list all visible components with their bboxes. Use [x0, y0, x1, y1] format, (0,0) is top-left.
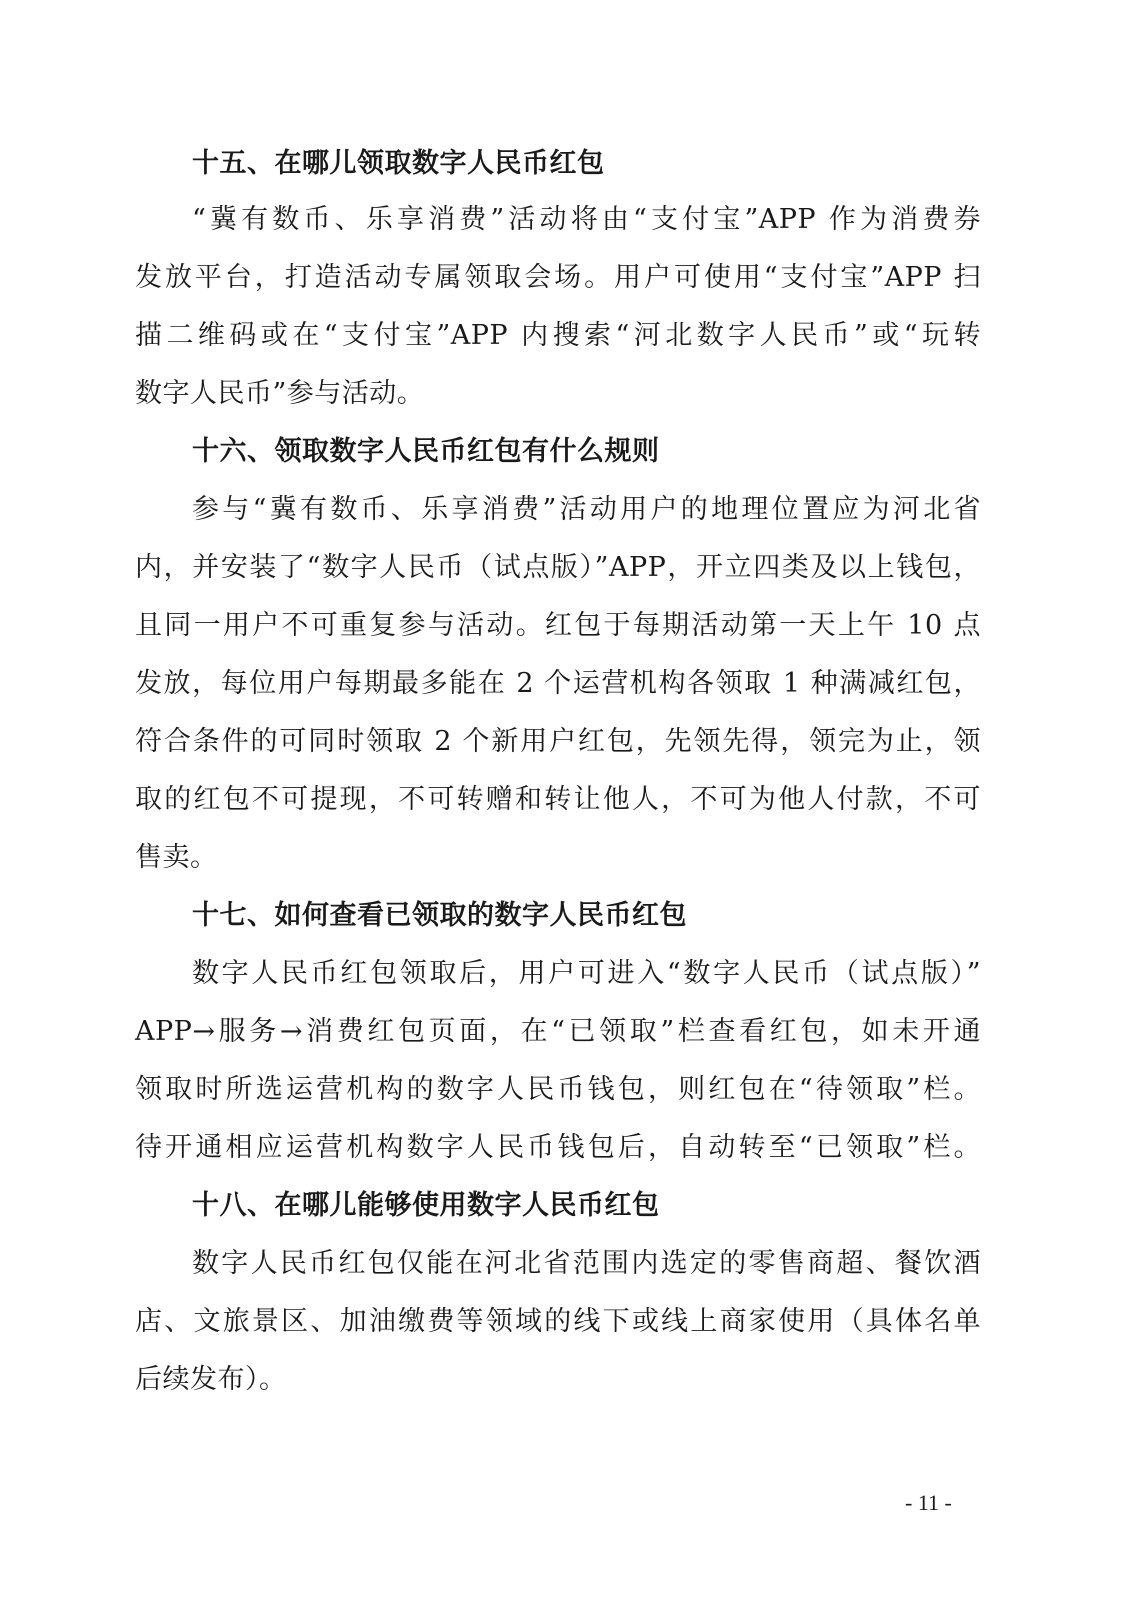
paragraph-line: APP→服务→消费红包页面，在“已领取”栏查看红包，如未开通 — [135, 1012, 981, 1052]
section-heading-17: 十七、如何查看已领取的数字人民币红包 — [192, 896, 687, 936]
page-number: - 11 - — [905, 1488, 952, 1518]
paragraph-line: 后续发布）。 — [135, 1360, 981, 1400]
section-heading-15: 十五、在哪儿领取数字人民币红包 — [192, 144, 605, 184]
paragraph-line: 描二维码或在“支付宝”APP 内搜索“河北数字人民币”或“玩转 — [135, 316, 981, 356]
paragraph-line: 符合条件的可同时领取 2 个新用户红包，先领先得，领完为止，领 — [135, 722, 981, 762]
paragraph-line: 店、文旅景区、加油缴费等领域的线下或线上商家使用（具体名单 — [135, 1302, 981, 1342]
paragraph-line: 取的红包不可提现，不可转赠和转让他人，不可为他人付款，不可 — [135, 780, 981, 820]
section-heading-18: 十八、在哪儿能够使用数字人民币红包 — [192, 1186, 660, 1226]
paragraph-line: 且同一用户不可重复参与活动。红包于每期活动第一天上午 10 点 — [135, 606, 981, 646]
paragraph-line: 售卖。 — [135, 838, 981, 878]
document-page: 十五、在哪儿领取数字人民币红包 “冀有数币、乐享消费”活动将由“支付宝”APP … — [0, 0, 1131, 1600]
paragraph-line: 数字人民币红包领取后，用户可进入“数字人民币（试点版）” — [192, 954, 981, 994]
section-heading-16: 十六、领取数字人民币红包有什么规则 — [192, 432, 660, 472]
paragraph-line: 内，并安装了“数字人民币（试点版）”APP，开立四类及以上钱包， — [135, 548, 981, 588]
paragraph-line: 数字人民币红包仅能在河北省范围内选定的零售商超、餐饮酒 — [192, 1244, 981, 1284]
paragraph-line: 发放，每位用户每期最多能在 2 个运营机构各领取 1 种满减红包， — [135, 664, 981, 704]
paragraph-line: 待开通相应运营机构数字人民币钱包后，自动转至“已领取”栏。 — [135, 1128, 981, 1168]
paragraph-line: 参与“冀有数币、乐享消费”活动用户的地理位置应为河北省 — [192, 490, 981, 530]
paragraph-line: 领取时所选运营机构的数字人民币钱包，则红包在“待领取”栏。 — [135, 1070, 981, 1110]
paragraph-line: “冀有数币、乐享消费”活动将由“支付宝”APP 作为消费券 — [192, 200, 981, 240]
paragraph-line: 数字人民币”参与活动。 — [135, 374, 981, 414]
paragraph-line: 发放平台，打造活动专属领取会场。用户可使用“支付宝”APP 扫 — [135, 258, 981, 298]
